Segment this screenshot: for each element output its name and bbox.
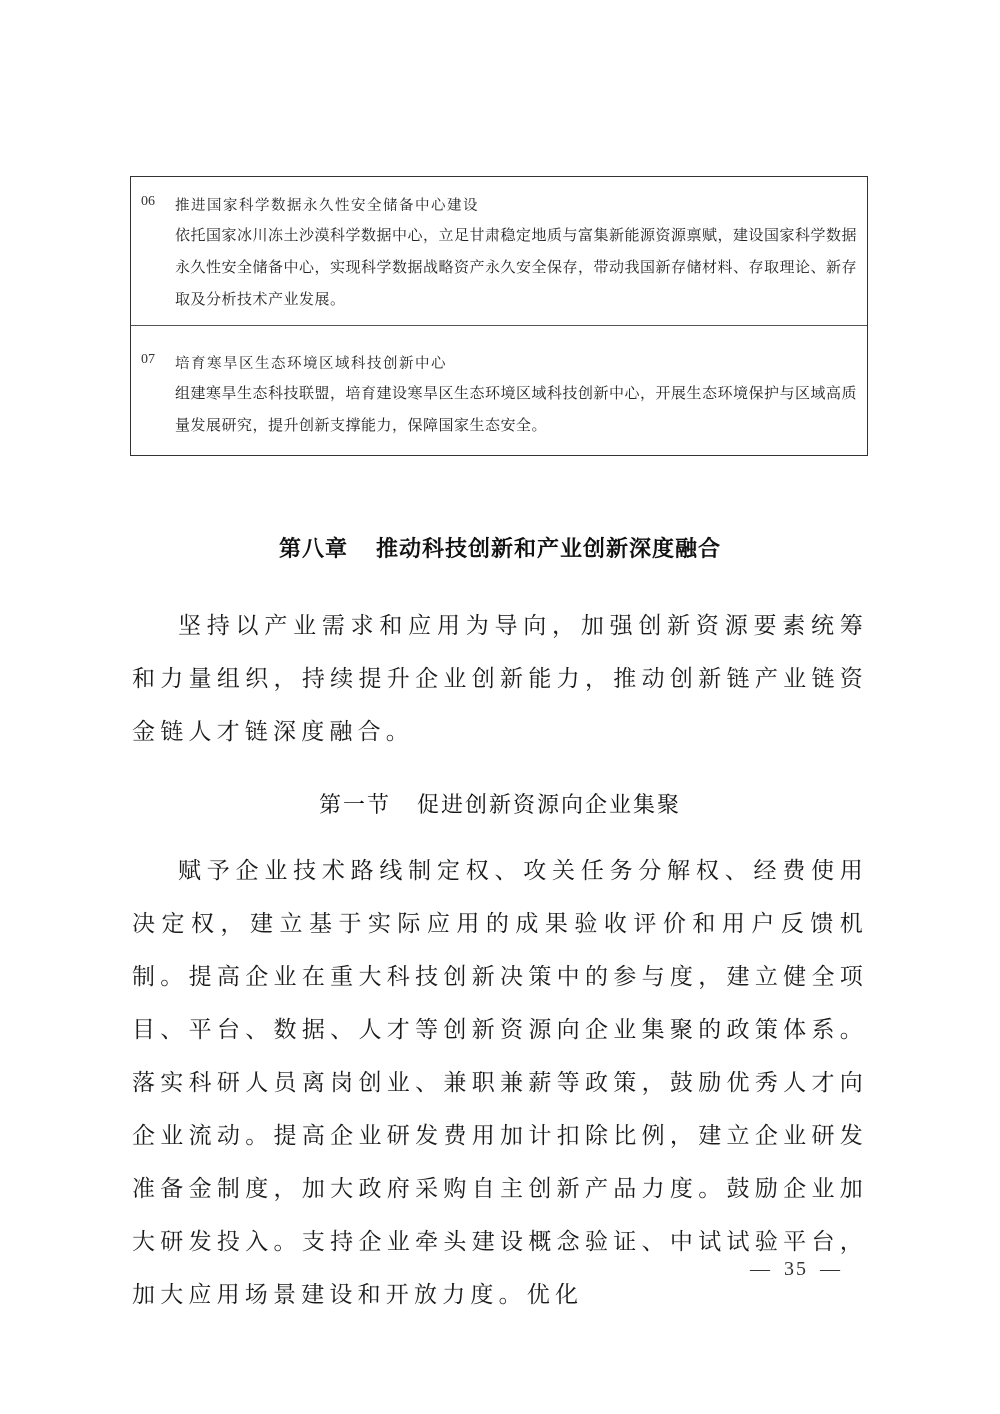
chapter-intro-paragraph: 坚持以产业需求和应用为导向，加强创新资源要素统筹和力量组织，持续提升企业创新能力… <box>132 600 868 759</box>
item-title: 培育寒旱区生态环境区域科技创新中心 <box>175 352 447 373</box>
project-item-06: 06 推进国家科学数据永久性安全储备中心建设 依托国家冰川冻土沙漠科学数据中心，… <box>131 177 867 326</box>
page-number: 35 <box>784 1258 808 1280</box>
chapter-heading: 第八章推动科技创新和产业创新深度融合 <box>0 532 1000 563</box>
page-number-footer: —35— <box>738 1258 854 1281</box>
dash-left: — <box>750 1258 772 1281</box>
item-body: 依托国家冰川冻土沙漠科学数据中心，立足甘肃稳定地质与富集新能源资源禀赋，建设国家… <box>175 219 859 315</box>
chapter-label: 第八章 <box>279 537 348 562</box>
section-label: 第一节 <box>319 793 391 818</box>
dash-right: — <box>820 1258 842 1281</box>
item-title: 推进国家科学数据永久性安全储备中心建设 <box>175 194 479 215</box>
section-body-paragraph: 赋予企业技术路线制定权、攻关任务分解权、经费使用决定权，建立基于实际应用的成果验… <box>132 845 868 1322</box>
section-title: 促进创新资源向企业集聚 <box>417 793 681 818</box>
item-number: 06 <box>141 194 155 210</box>
project-item-07: 07 培育寒旱区生态环境区域科技创新中心 组建寒旱生态科技联盟，培育建设寒旱区生… <box>131 325 867 455</box>
chapter-title: 推动科技创新和产业创新深度融合 <box>376 537 721 562</box>
section-heading: 第一节促进创新资源向企业集聚 <box>0 788 1000 819</box>
item-body: 组建寒旱生态科技联盟，培育建设寒旱区生态环境区域科技创新中心，开展生态环境保护与… <box>175 377 859 441</box>
item-number: 07 <box>141 352 155 368</box>
project-box: 06 推进国家科学数据永久性安全储备中心建设 依托国家冰川冻土沙漠科学数据中心，… <box>130 176 868 456</box>
